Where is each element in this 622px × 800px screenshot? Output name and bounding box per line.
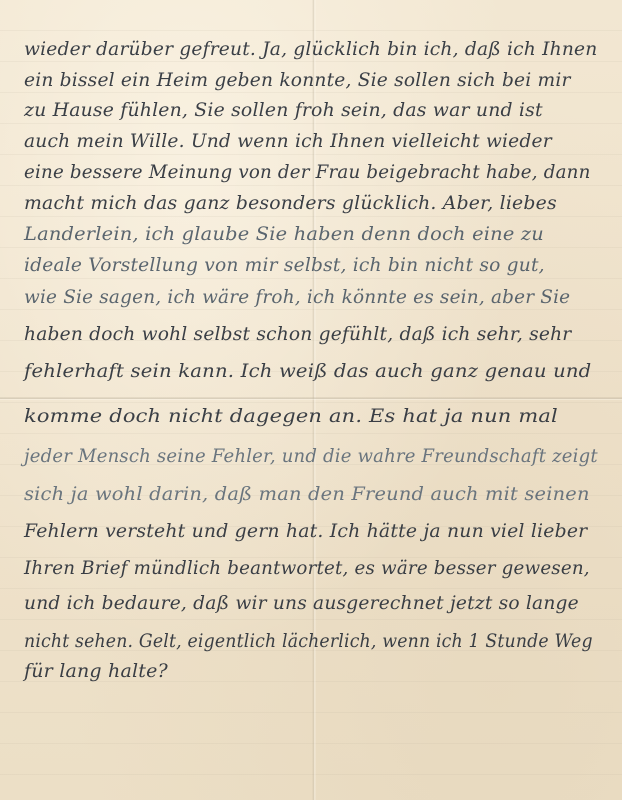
handwritten-line: für lang halte? [24, 662, 614, 681]
handwritten-line: und ich bedaure, daß wir uns ausgerechne… [24, 594, 602, 613]
handwritten-line: sich ja wohl darin, daß man den Freund a… [24, 485, 622, 504]
handwritten-line: eine bessere Meinung von der Frau beigeb… [24, 163, 590, 182]
handwritten-line: macht mich das ganz besonders glücklich.… [24, 194, 608, 213]
horizontal-fold-crease [0, 397, 622, 400]
handwritten-line: ideale Vorstellung von mir selbst, ich b… [24, 256, 602, 275]
handwritten-line: Landerlein, ich glaube Sie haben denn do… [24, 225, 622, 244]
handwritten-line: Ihren Brief mündlich beantwortet, es wär… [24, 559, 590, 578]
letter-page: wieder darüber gefreut. Ja, glücklich bi… [0, 0, 622, 800]
handwritten-line: komme doch nicht dagegen an. Es hat ja n… [24, 407, 622, 426]
handwritten-line: jeder Mensch seine Fehler, und die wahre… [24, 447, 585, 466]
handwritten-line: auch mein Wille. Und wenn ich Ihnen viel… [24, 132, 602, 151]
handwritten-line: fehlerhaft sein kann. Ich weiß das auch … [24, 362, 622, 381]
handwritten-line: wieder darüber gefreut. Ja, glücklich bi… [24, 40, 602, 59]
handwritten-line: zu Hause fühlen, Sie sollen froh sein, d… [24, 101, 608, 120]
handwritten-line: nicht sehen. Gelt, eigentlich lächerlich… [24, 632, 561, 651]
handwritten-line: wie Sie sagen, ich wäre froh, ich könnte… [24, 288, 596, 307]
handwritten-line: haben doch wohl selbst schon gefühlt, da… [24, 325, 602, 344]
handwritten-line: ein bissel ein Heim geben konnte, Sie so… [24, 71, 602, 90]
handwritten-line: Fehlern versteht und gern hat. Ich hätte… [24, 522, 608, 541]
